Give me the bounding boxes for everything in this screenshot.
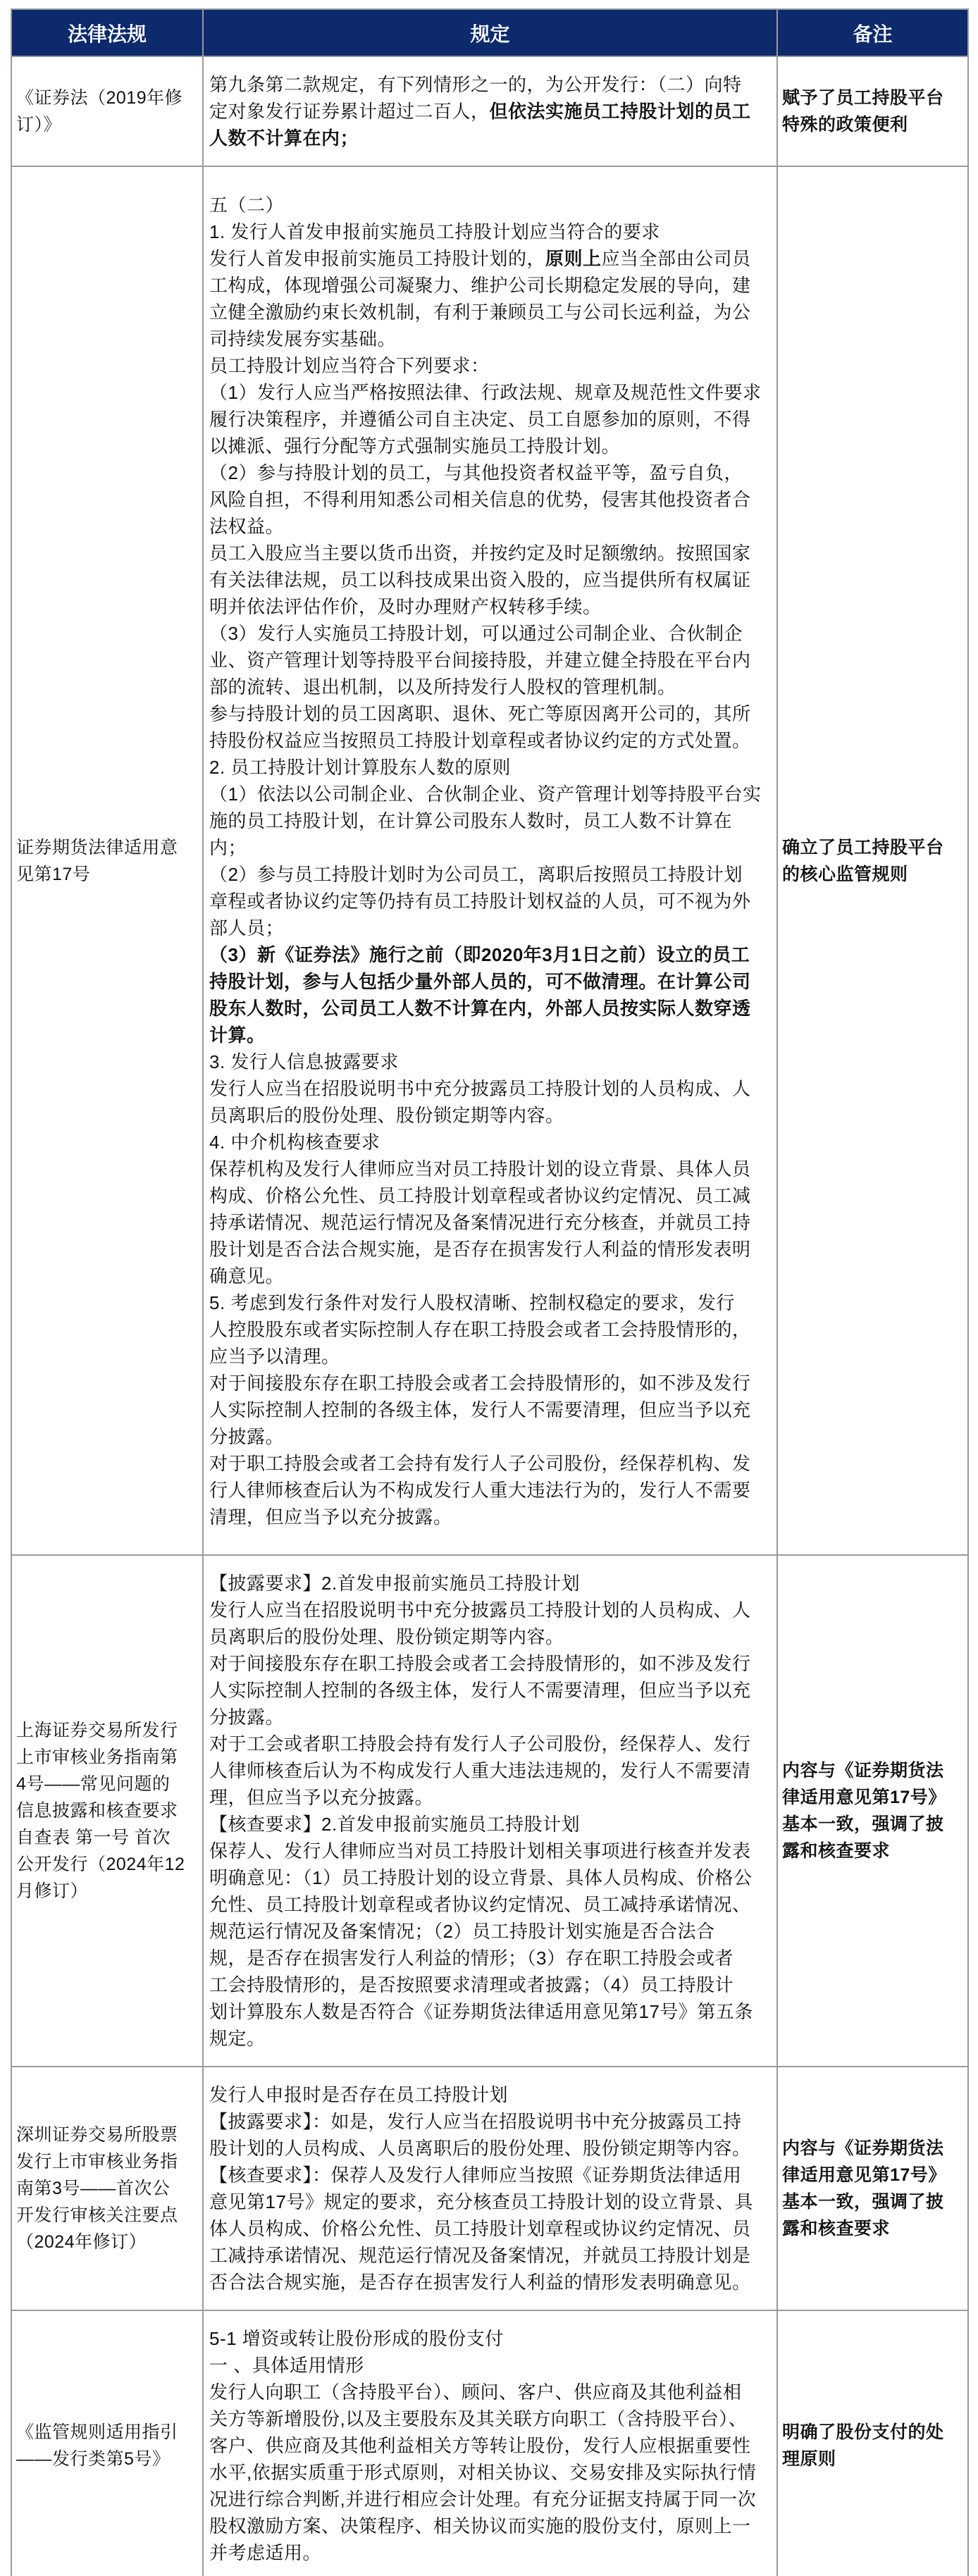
header-law: 法律法规: [11, 9, 203, 56]
cell-note: 明确了股份支付的处理原则: [777, 2310, 968, 2576]
provision-line: 人控股股东或者实际控制人存在职工持股会或者工会持股情形的，: [209, 1316, 771, 1343]
provision-line: 确意见。: [209, 1263, 771, 1289]
law-name-line: 4号——常见问题的: [16, 1771, 198, 1797]
provision-line: 发行人首发申报前实施员工持股计划的，原则上应当全部由公司员: [209, 245, 771, 272]
provision-line: 立健全激励约束长效机制，有利于兼顾员工与公司长远利益，为公: [209, 299, 771, 326]
law-name-line: 自查表 第一号 首次: [16, 1824, 198, 1851]
law-name-line: 《证券法（2019年修: [16, 85, 198, 111]
cell-law: 深圳证券交易所股票发行上市审核业务指南第3号——首次公开发行审核关注要点（202…: [11, 2067, 203, 2310]
provision-line: 第九条第二款规定，有下列情形之一的，为公开发行：（二）向特: [209, 71, 771, 98]
table-row: 证券期货法律适用意见第17号五（二）1. 发行人首发申报前实施员工持股计划应当符…: [11, 166, 968, 1555]
cell-provision: 发行人申报时是否存在员工持股计划【披露要求】：如是，发行人应当在招股说明书中充分…: [203, 2067, 777, 2310]
note-line: 律适用意见第17号》: [782, 2162, 963, 2188]
cell-provision: 【披露要求】2.首发申报前实施员工持股计划发行人应当在招股说明书中充分披露员工持…: [203, 1555, 777, 2067]
law-name-line: 上市审核业务指南第: [16, 1744, 198, 1771]
provision-line: 人数不计算在内；: [209, 125, 771, 151]
provision-line: 水平,依据实质重于形式原则，对相关协议、交易安排及实际执行情: [209, 2459, 771, 2486]
provision-line: 况进行综合判断,并进行相应会计处理。有充分证据支持属于同一次: [209, 2486, 771, 2513]
provision-line: （3）发行人实施员工持股计划，可以通过公司制企业、合伙制企: [209, 620, 771, 647]
provision-line: 对于间接股东存在职工持股会或者工会持股情形的，如不涉及发行: [209, 1650, 771, 1677]
provision-line: 发行人应当在招股说明书中充分披露员工持股计划的人员构成、人: [209, 1075, 771, 1102]
provision-line: （1）发行人应当严格按照法律、行政法规、规章及规范性文件要求: [209, 379, 771, 406]
law-name-line: 上海证券交易所发行: [16, 1717, 198, 1744]
provision-line: 3. 发行人信息披露要求: [209, 1048, 771, 1075]
provision-line: 分披露。: [209, 1423, 771, 1450]
provision-line: 施的员工持股计划，在计算公司股东人数时，员工人数不计算在: [209, 807, 771, 834]
provision-line: 体人员构成、价格公允性、员工持股计划章程或协议约定情况、员: [209, 2215, 771, 2242]
provision-text: 发行人首发申报前实施员工持股计划的，: [209, 248, 545, 269]
provision-line: 定对象发行证券累计超过二百人，但依法实施员工持股计划的员工: [209, 98, 771, 125]
cell-provision: 五（二）1. 发行人首发申报前实施员工持股计划应当符合的要求发行人首发申报前实施…: [203, 166, 777, 1555]
law-name-line: 证券期货法律适用意: [16, 834, 198, 861]
provision-line: 人律师核查后认为不构成发行人重大违法违规的，发行人不需要清: [209, 1757, 771, 1784]
provision-line: 客户、供应商及其他利益相关方等转让股份，发行人应根据重要性: [209, 2432, 771, 2459]
provision-line: 2. 员工持股计划计算股东人数的原则: [209, 754, 771, 781]
provision-line: 关方等新增股份,以及主要股东及其关联方向职工（含持股平台）、: [209, 2405, 771, 2432]
provision-line: 章程或者协议约定等仍持有员工持股计划权益的人员，可不视为外: [209, 888, 771, 915]
provision-line: 司持续发展夯实基础。: [209, 326, 771, 352]
provision-line: 持股计划，参与人包括少量外部人员的，可不做清理。在计算公司: [209, 968, 771, 995]
provision-line: 清理，但应当予以充分披露。: [209, 1504, 771, 1530]
law-name-line: ——发行类第5号》: [16, 2446, 198, 2472]
note-line: 理原则: [782, 2446, 963, 2472]
note-line: 基本一致，强调了披: [782, 1811, 963, 1838]
cell-provision: 第九条第二款规定，有下列情形之一的，为公开发行：（二）向特定对象发行证券累计超过…: [203, 56, 777, 166]
provision-line: 5-1 增资或转让股份形成的股份支付: [209, 2325, 771, 2352]
cell-law: 《证券法（2019年修订）》: [11, 56, 203, 166]
provision-line: 股权激励方案、决策程序、相关协议而实施的股份支付，原则上一: [209, 2513, 771, 2539]
provision-line: 明确意见：（1）员工持股计划的设立背景、具体人员构成、价格公: [209, 1864, 771, 1891]
provision-line: 工减持承诺情况、规范运行情况及备案情况，并就员工持股计划是: [209, 2242, 771, 2269]
provision-text: 定对象发行证券累计超过二百人，: [209, 101, 490, 122]
note-line: 赋予了员工持股平台: [782, 85, 963, 111]
table-body: 《证券法（2019年修订）》第九条第二款规定，有下列情形之一的，为公开发行：（二…: [11, 56, 968, 2576]
law-name-line: 月修订）: [16, 1878, 198, 1905]
provision-line: 内；: [209, 834, 771, 861]
provision-line: 部的流转、退出机制，以及所持发行人股权的管理机制。: [209, 674, 771, 700]
provision-line: 五（二）: [209, 192, 771, 218]
law-name-line: 信息披露和核查要求: [16, 1797, 198, 1824]
table-row: 上海证券交易所发行上市审核业务指南第4号——常见问题的信息披露和核查要求自查表 …: [11, 1555, 968, 2067]
law-name-line: 开发行审核关注要点: [16, 2202, 198, 2229]
provision-line: 履行决策程序，并遵循公司自主决定、员工自愿参加的原则，不得: [209, 406, 771, 433]
provision-line: 有关法律法规，员工以科技成果出资入股的，应当提供所有权属证: [209, 566, 771, 593]
note-line: 的核心监管规则: [782, 861, 963, 888]
provision-text: 应当全部由公司员: [602, 248, 751, 269]
law-name-line: 南第3号——首次公: [16, 2175, 198, 2202]
header-provision: 规定: [203, 9, 777, 56]
provision-line: 员离职后的股份处理、股份锁定期等内容。: [209, 1102, 771, 1129]
provision-line: 允性、员工持股计划章程或者协议约定情况、员工减持承诺情况、: [209, 1891, 771, 1918]
provision-bold-text: 原则上: [545, 248, 602, 269]
provision-line: 1. 发行人首发申报前实施员工持股计划应当符合的要求: [209, 218, 771, 245]
law-name-line: 《监管规则适用指引: [16, 2419, 198, 2446]
cell-note: 内容与《证券期货法律适用意见第17号》基本一致，强调了披露和核查要求: [777, 1555, 968, 2067]
provision-line: 以摊派、强行分配等方式强制实施员工持股计划。: [209, 433, 771, 459]
provision-line: 计算。: [209, 1022, 771, 1048]
provision-line: 【核查要求】：保荐人及发行人律师应当按照《证券期货法律适用: [209, 2162, 771, 2188]
cell-law: 上海证券交易所发行上市审核业务指南第4号——常见问题的信息披露和核查要求自查表 …: [11, 1555, 203, 2067]
provision-line: 发行人应当在招股说明书中充分披露员工持股计划的人员构成、人: [209, 1597, 771, 1623]
regulations-table: 法律法规 规定 备注 《证券法（2019年修订）》第九条第二款规定，有下列情形之…: [11, 8, 969, 2576]
provision-line: 员工持股计划应当符合下列要求：: [209, 352, 771, 379]
provision-line: 人实际控制人控制的各级主体，发行人不需要清理，但应当予以充: [209, 1677, 771, 1704]
provision-line: （2）参与员工持股计划时为公司员工，离职后按照员工持股计划: [209, 861, 771, 888]
provision-line: 【披露要求】：如是，发行人应当在招股说明书中充分披露员工持: [209, 2108, 771, 2135]
provision-line: 4. 中介机构核查要求: [209, 1129, 771, 1156]
provision-line: 应当予以清理。: [209, 1343, 771, 1370]
provision-line: 【披露要求】2.首发申报前实施员工持股计划: [209, 1570, 771, 1597]
provision-line: 发行人向职工（含持股平台）、顾问、客户、供应商及其他利益相: [209, 2379, 771, 2405]
provision-line: （3）新《证券法》施行之前（即2020年3月1日之前）设立的员工: [209, 941, 771, 968]
provision-line: 部人员；: [209, 915, 771, 941]
provision-line: 分披露。: [209, 1704, 771, 1730]
provision-line: 5. 考虑到发行条件对发行人股权清晰、控制权稳定的要求，发行: [209, 1289, 771, 1316]
provision-line: 工构成，体现增强公司凝聚力、维护公司长期稳定发展的导向，建: [209, 272, 771, 299]
provision-line: 股计划的人员构成、人员离职后的股份处理、股份锁定期等内容。: [209, 2135, 771, 2162]
table-header-row: 法律法规 规定 备注: [11, 9, 968, 56]
provision-line: 员工入股应当主要以货币出资，并按约定及时足额缴纳。按照国家: [209, 540, 771, 566]
provision-line: 对于间接股东存在职工持股会或者工会持股情形的，如不涉及发行: [209, 1370, 771, 1397]
provision-line: 参与持股计划的员工因离职、退休、死亡等原因离开公司的，其所: [209, 700, 771, 727]
header-note: 备注: [777, 9, 968, 56]
law-name-line: 公开发行（2024年12: [16, 1851, 198, 1878]
law-name-line: 见第17号: [16, 861, 198, 888]
provision-line: 一 、具体适用情形: [209, 2352, 771, 2379]
cell-note: 内容与《证券期货法律适用意见第17号》基本一致，强调了披露和核查要求: [777, 2067, 968, 2310]
provision-line: 对于工会或者职工持股会持有发行人子公司股份，经保荐人、发行: [209, 1730, 771, 1757]
provision-line: 行人律师核查后认为不构成发行人重大违法行为的，发行人不需要: [209, 1477, 771, 1504]
provision-line: 理，但应当予以充分披露。: [209, 1784, 771, 1811]
provision-bold-text: 但依法实施员工持股计划的员工: [490, 101, 751, 122]
note-line: 露和核查要求: [782, 2215, 963, 2242]
provision-line: 划计算股东人数是否符合《证券期货法律适用意见第17号》第五条: [209, 1998, 771, 2025]
cell-provision: 5-1 增资或转让股份形成的股份支付一 、具体适用情形发行人向职工（含持股平台）…: [203, 2310, 777, 2576]
provision-line: 人实际控制人控制的各级主体，发行人不需要清理，但应当予以充: [209, 1397, 771, 1423]
cell-law: 证券期货法律适用意见第17号: [11, 166, 203, 1555]
provision-line: 【核查要求】2.首发申报前实施员工持股计划: [209, 1811, 771, 1838]
provision-line: 保荐机构及发行人律师应当对员工持股计划的设立背景、具体人员: [209, 1156, 771, 1182]
provision-line: 持承诺情况、规范运行情况及备案情况进行充分核查，并就员工持: [209, 1209, 771, 1236]
provision-line: 规范运行情况及备案情况；（2）员工持股计划实施是否合法合: [209, 1918, 771, 1945]
provision-line: （1）依法以公司制企业、合伙制企业、资产管理计划等持股平台实: [209, 781, 771, 807]
provision-line: 股计划是否合法合规实施，是否存在损害发行人利益的情形发表明: [209, 1236, 771, 1263]
provision-line: 工会持股情形的，是否按照要求清理或者披露；（4）员工持股计: [209, 1971, 771, 1998]
provision-line: 规，是否存在损害发行人利益的情形；（3）存在职工持股会或者: [209, 1945, 771, 1971]
table-row: 《监管规则适用指引——发行类第5号》5-1 增资或转让股份形成的股份支付一 、具…: [11, 2310, 968, 2576]
provision-line: 业、资产管理计划等持股平台间接持股，并建立健全持股在平台内: [209, 647, 771, 674]
provision-line: 风险自担，不得利用知悉公司相关信息的优势，侵害其他投资者合: [209, 486, 771, 513]
provision-line: 法权益。: [209, 513, 771, 540]
cell-law: 《监管规则适用指引——发行类第5号》: [11, 2310, 203, 2576]
provision-line: 发行人申报时是否存在员工持股计划: [209, 2081, 771, 2108]
provision-line: 员离职后的股份处理、股份锁定期等内容。: [209, 1623, 771, 1650]
provision-line: 明并依法评估作价，及时办理财产权转移手续。: [209, 593, 771, 620]
provision-line: 股东人数时，公司员工人数不计算在内，外部人员按实际人数穿透: [209, 995, 771, 1022]
note-line: 明确了股份支付的处: [782, 2419, 963, 2446]
provision-line: 持股份权益应当按照员工持股计划章程或者协议约定的方式处置。: [209, 727, 771, 754]
provision-line: 意见第17号》规定的要求，充分核查员工持股计划的设立背景、具: [209, 2188, 771, 2215]
note-line: 内容与《证券期货法: [782, 1757, 963, 1784]
table-row: 深圳证券交易所股票发行上市审核业务指南第3号——首次公开发行审核关注要点（202…: [11, 2067, 968, 2310]
provision-line: 否合法合规实施，是否存在损害发行人利益的情形发表明确意见。: [209, 2269, 771, 2296]
note-line: 基本一致，强调了披: [782, 2188, 963, 2215]
provision-line: （2）参与持股计划的员工，与其他投资者权益平等，盈亏自负，: [209, 459, 771, 486]
provision-line: 构成、价格公允性、员工持股计划章程或者协议约定情况、员工减: [209, 1182, 771, 1209]
note-line: 内容与《证券期货法: [782, 2135, 963, 2162]
provision-line: 对于职工持股会或者工会持有发行人子公司股份，经保荐机构、发: [209, 1450, 771, 1477]
table-row: 《证券法（2019年修订）》第九条第二款规定，有下列情形之一的，为公开发行：（二…: [11, 56, 968, 166]
provision-line: 保荐人、发行人律师应当对员工持股计划相关事项进行核查并发表: [209, 1838, 771, 1864]
provision-line: 并考虑适用。: [209, 2539, 771, 2566]
law-name-line: （2024年修订）: [16, 2229, 198, 2255]
cell-note: 确立了员工持股平台的核心监管规则: [777, 166, 968, 1555]
note-line: 露和核查要求: [782, 1838, 963, 1864]
cell-note: 赋予了员工持股平台特殊的政策便利: [777, 56, 968, 166]
note-line: 确立了员工持股平台: [782, 834, 963, 861]
law-name-line: 深圳证券交易所股票: [16, 2122, 198, 2148]
law-name-line: 发行上市审核业务指: [16, 2148, 198, 2175]
note-line: 律适用意见第17号》: [782, 1784, 963, 1811]
note-line: 特殊的政策便利: [782, 111, 963, 138]
provision-line: 规定。: [209, 2025, 771, 2052]
law-name-line: 订）》: [16, 111, 198, 138]
